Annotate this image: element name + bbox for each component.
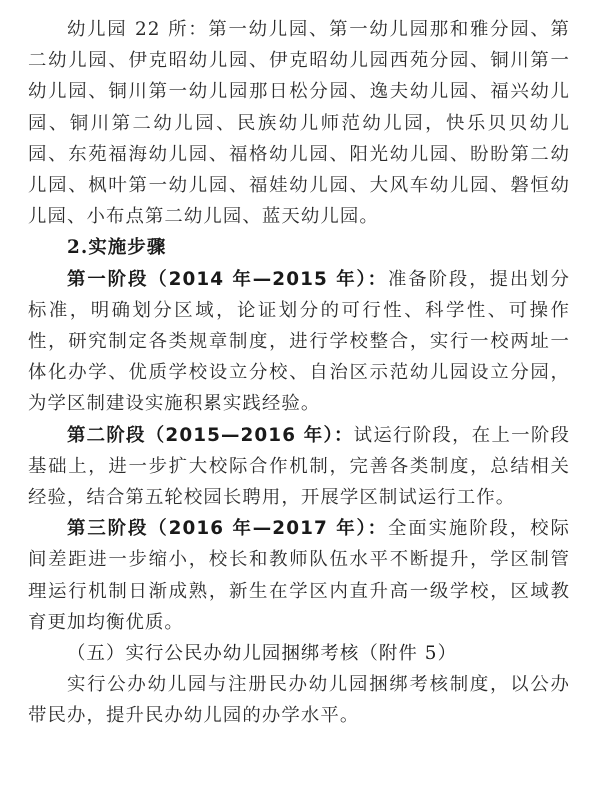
section-five-heading: （五）实行公民办幼儿园捆绑考核（附件 5） bbox=[28, 638, 570, 669]
steps-heading: 2.实施步骤 bbox=[28, 232, 570, 263]
phase-2-paragraph: 第二阶段（2015—2016 年）：试运行阶段，在上一阶段基础上，进一步扩大校际… bbox=[28, 420, 570, 514]
phase-3-label: 第三阶段（2016 年—2017 年）： bbox=[67, 518, 388, 539]
section-five-paragraph: 实行公办幼儿园与注册民办幼儿园捆绑考核制度，以公办带民办，提升民办幼儿园的办学水… bbox=[28, 669, 570, 731]
phase-1-text: 准备阶段，提出划分标准，明确划分区域，论证划分的可行性、科学性、可操作性，研究制… bbox=[28, 269, 570, 415]
phase-1-paragraph: 第一阶段（2014 年—2015 年）：准备阶段，提出划分标准，明确划分区域，论… bbox=[28, 264, 570, 420]
phase-3-paragraph: 第三阶段（2016 年—2017 年）：全面实施阶段，校际间差距进一步缩小，校长… bbox=[28, 513, 570, 638]
phase-2-label: 第二阶段（2015—2016 年）： bbox=[67, 425, 354, 446]
document-page: 幼儿园 22 所：第一幼儿园、第一幼儿园那和雅分园、第二幼儿园、伊克昭幼儿园、伊… bbox=[28, 14, 570, 732]
kindergarten-list-paragraph: 幼儿园 22 所：第一幼儿园、第一幼儿园那和雅分园、第二幼儿园、伊克昭幼儿园、伊… bbox=[28, 14, 570, 232]
phase-1-label: 第一阶段（2014 年—2015 年）： bbox=[67, 269, 388, 290]
